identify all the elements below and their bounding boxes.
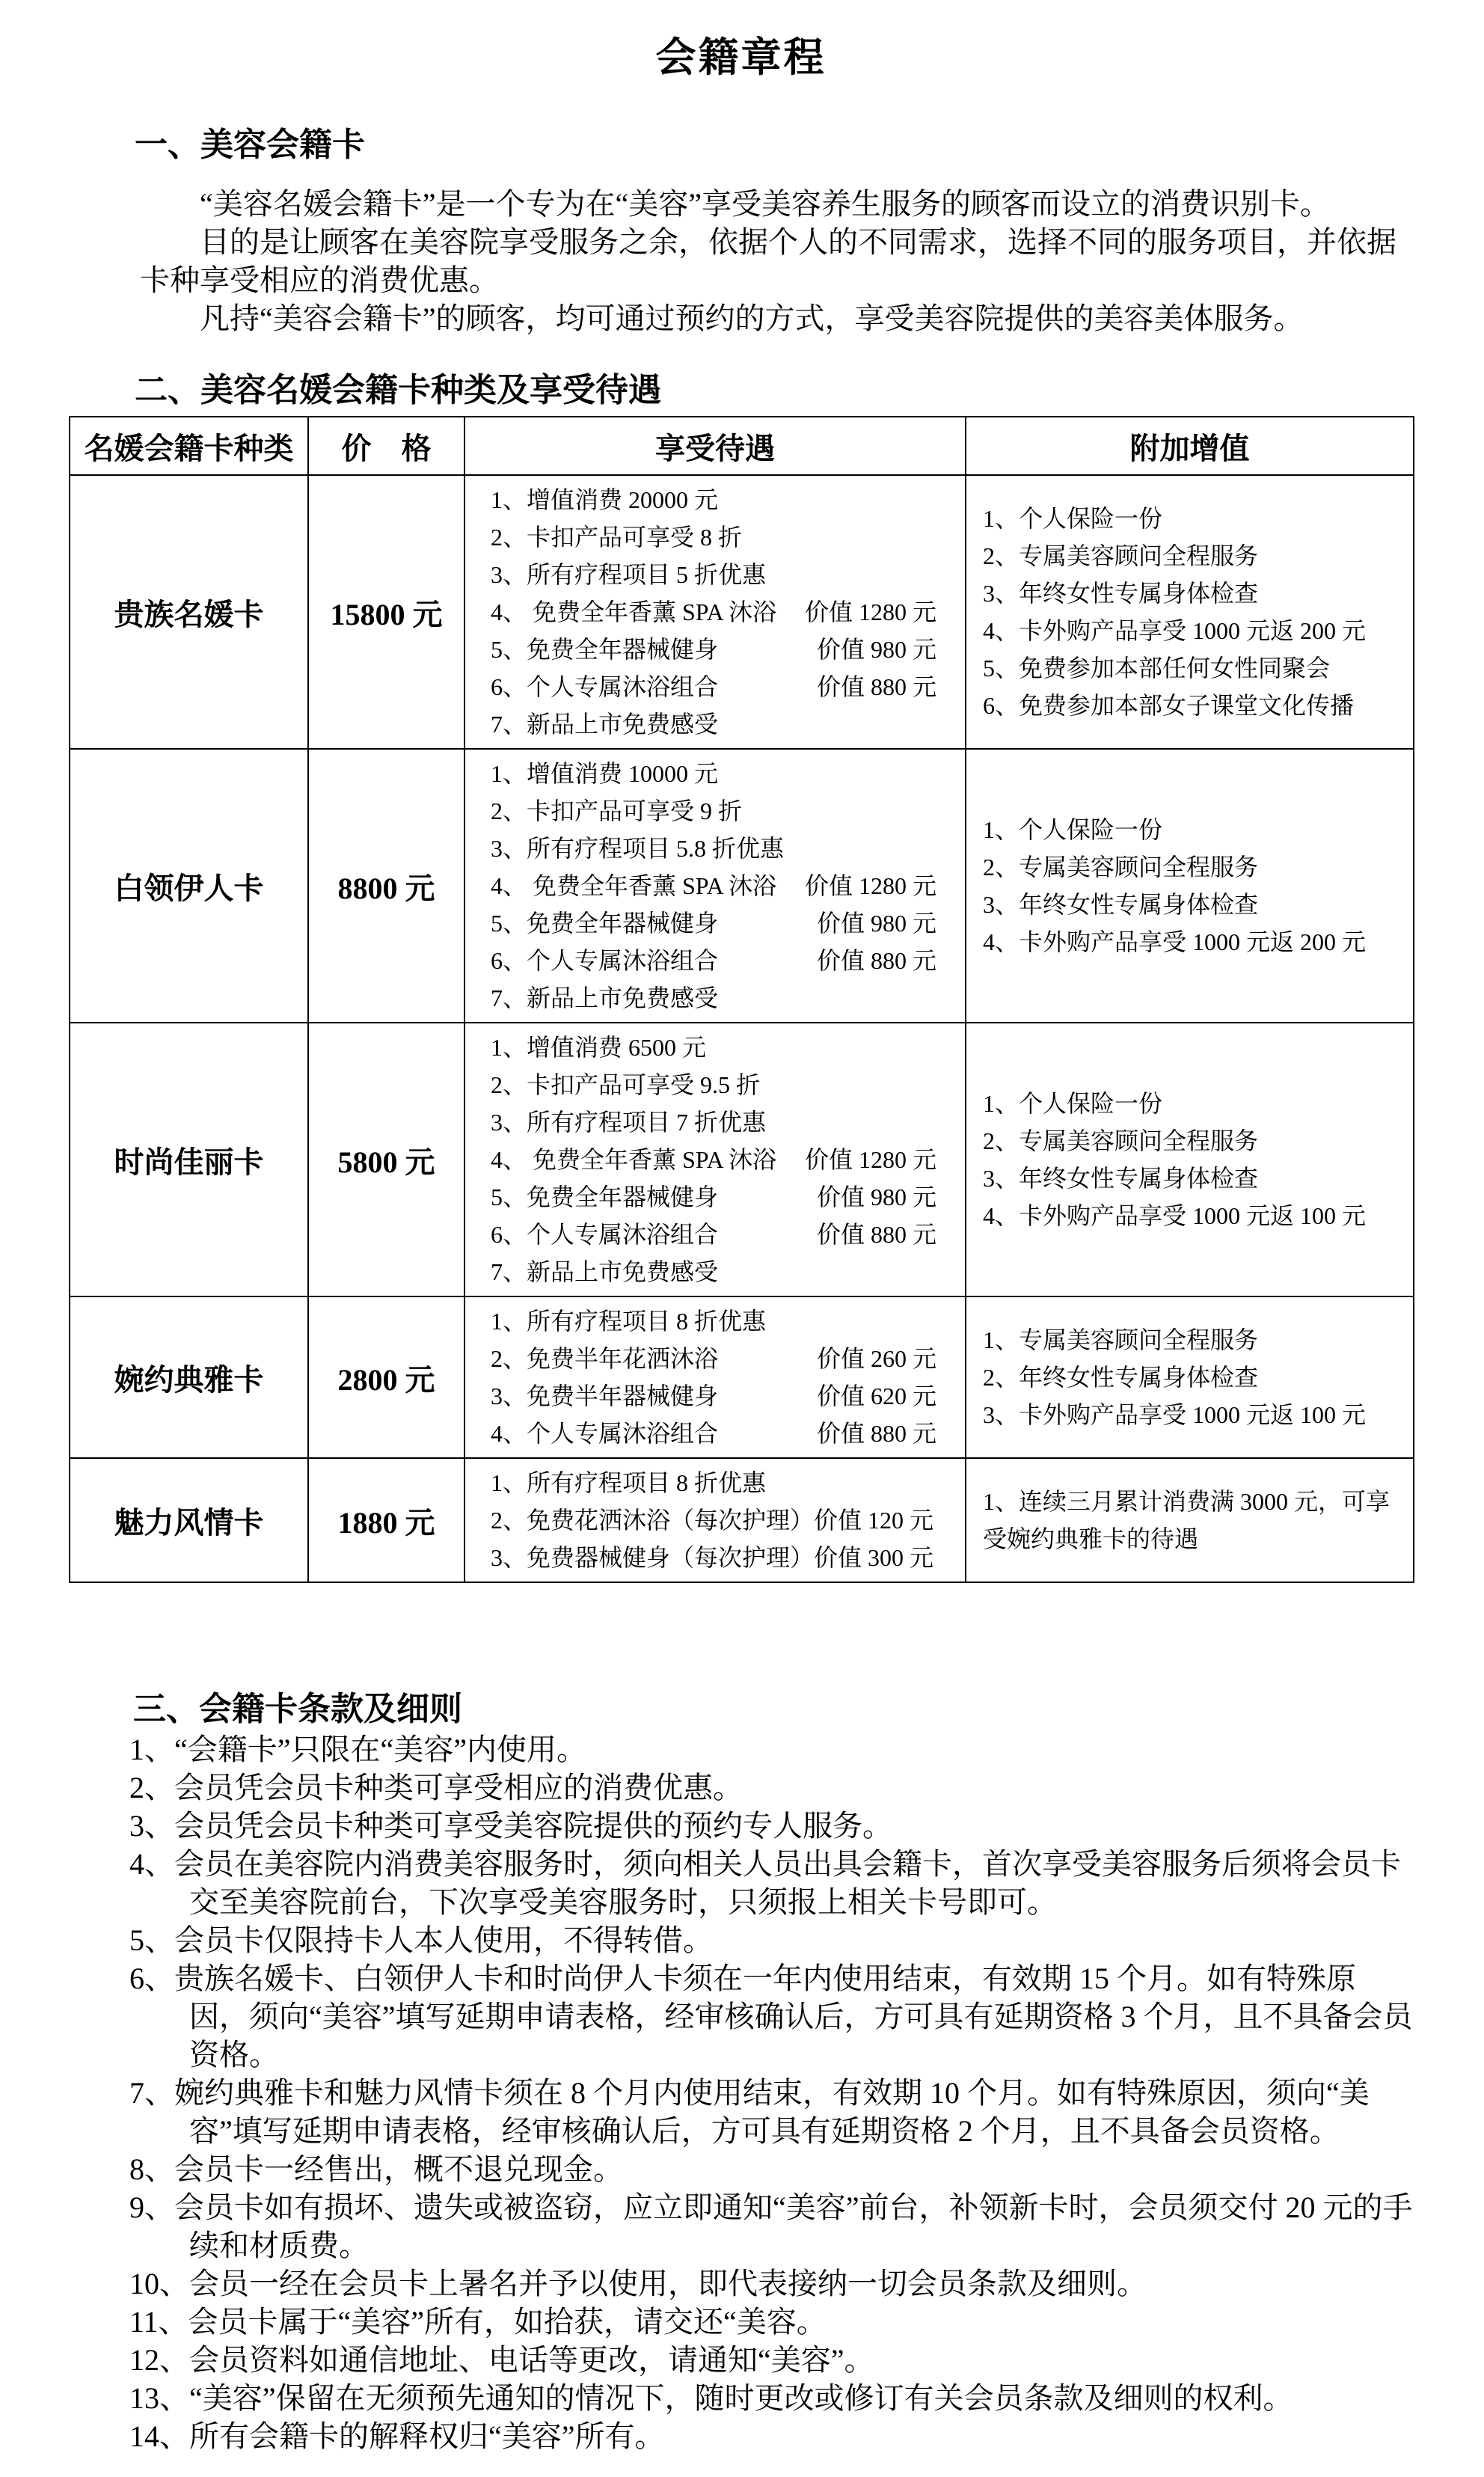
term-text: 会员在美容院内消费美容服务时，须向相关人员出具会籍卡，首次享受美容服务后须将会员…: [174, 1847, 1401, 1919]
benefit-text: 5、免费全年器械健身: [491, 904, 718, 942]
term-item: 12、会员资料如通信地址、电话等更改，请通知“美容”。: [129, 2341, 1413, 2379]
term-text: 会员卡仅限持卡人本人使用，不得转借。: [174, 1923, 713, 1957]
extra-item: 3、年终女性专属身体检查: [983, 886, 1402, 923]
card-type-cell: 婉约典雅卡: [70, 1296, 308, 1458]
benefit-item: 1、增值消费 10000 元: [491, 755, 936, 792]
table-row: 婉约典雅卡2800 元1、所有疗程项目 8 折优惠2、免费半年花洒沐浴价值 26…: [70, 1296, 1414, 1458]
benefit-item: 2、卡扣产品可享受 8 折: [491, 518, 936, 556]
benefit-item: 6、个人专属沐浴组合价值 880 元: [491, 942, 936, 979]
benefits-cell: 1、增值消费 6500 元2、卡扣产品可享受 9.5 折3、所有疗程项目 7 折…: [464, 1023, 966, 1296]
term-number: 13、: [129, 2381, 189, 2415]
term-number: 2、: [129, 1771, 174, 1804]
benefit-item: 2、卡扣产品可享受 9.5 折: [491, 1066, 936, 1103]
table-row: 白领伊人卡8800 元1、增值消费 10000 元2、卡扣产品可享受 9 折3、…: [70, 749, 1414, 1023]
extra-item: 5、免费参加本部任何女性同聚会: [983, 649, 1402, 687]
benefit-text: 7、新品上市免费感受: [491, 1253, 718, 1290]
membership-table-body: 贵族名媛卡15800 元1、增值消费 20000 元2、卡扣产品可享受 8 折3…: [70, 475, 1414, 1582]
benefit-item: 2、卡扣产品可享受 9 折: [491, 792, 936, 830]
benefit-item: 6、个人专属沐浴组合价值 880 元: [491, 668, 936, 705]
benefit-text: 6、个人专属沐浴组合: [491, 668, 718, 705]
paragraph: 凡持“美容会籍卡”的顾客，均可通过预约的方式，享受美容院提供的美容美体服务。: [140, 299, 1413, 337]
benefit-text: 3、所有疗程项目 7 折优惠: [491, 1103, 766, 1141]
benefit-item: 1、增值消费 20000 元: [491, 481, 936, 518]
term-item: 3、会员凭会员卡种类可享受美容院提供的预约专人服务。: [129, 1807, 1413, 1845]
price-cell: 2800 元: [308, 1296, 464, 1458]
table-row: 时尚佳丽卡5800 元1、增值消费 6500 元2、卡扣产品可享受 9.5 折3…: [70, 1023, 1414, 1296]
benefit-text: 2、免费花洒沐浴（每次护理）价值 120 元: [491, 1501, 933, 1539]
term-number: 4、: [129, 1847, 174, 1881]
card-type-cell: 时尚佳丽卡: [70, 1023, 308, 1296]
term-text: 会员资料如通信地址、电话等更改，请通知“美容”。: [189, 2343, 874, 2377]
benefit-item: 2、免费半年花洒沐浴价值 260 元: [491, 1340, 936, 1377]
benefit-item: 3、所有疗程项目 7 折优惠: [491, 1103, 936, 1141]
term-text: 会员凭会员卡种类可享受相应的消费优惠。: [174, 1771, 743, 1804]
term-item: 14、所有会籍卡的解释权归“美容”所有。: [129, 2417, 1413, 2455]
benefit-item: 5、免费全年器械健身价值 980 元: [491, 1178, 936, 1216]
section2-heading: 二、美容名媛会籍卡种类及享受待遇: [69, 369, 1413, 411]
benefit-text: 1、增值消费 6500 元: [491, 1029, 706, 1066]
term-number: 3、: [129, 1809, 174, 1843]
benefit-text: 3、免费器械健身（每次护理）价值 300 元: [491, 1539, 933, 1576]
paragraph: 目的是让顾客在美容院享受服务之余，依据个人的不同需求，选择不同的服务项目，并依据…: [140, 223, 1413, 299]
term-number: 14、: [129, 2419, 189, 2453]
extra-item: 4、卡外购产品享受 1000 元返 200 元: [983, 923, 1402, 961]
term-text: 贵族名媛卡、白领伊人卡和时尚伊人卡须在一年内使用结束，有效期 15 个月。如有特…: [174, 1962, 1413, 2072]
membership-table: 名媛会籍卡种类 价 格 享受待遇 附加增值 贵族名媛卡15800 元1、增值消费…: [69, 416, 1414, 1583]
benefit-text: 6、个人专属沐浴组合: [491, 942, 718, 979]
term-item: 10、会员一经在会员卡上暑名并予以使用，即代表接纳一切会员条款及细则。: [129, 2265, 1413, 2303]
benefit-item: 5、免费全年器械健身价值 980 元: [491, 631, 936, 668]
benefits-cell: 1、增值消费 20000 元2、卡扣产品可享受 8 折3、所有疗程项目 5 折优…: [464, 475, 966, 749]
benefit-text: 4、个人专属沐浴组合: [491, 1415, 718, 1452]
benefit-text: 4、 免费全年香薰 SPA 沐浴: [491, 867, 776, 904]
term-text: 婉约典雅卡和魅力风情卡须在 8 个月内使用结束，有效期 10 个月。如有特殊原因…: [174, 2076, 1370, 2148]
extras-cell: 1、个人保险一份2、专属美容顾问全程服务3、年终女性专属身体检查4、卡外购产品享…: [966, 475, 1414, 749]
benefit-value: 价值 880 元: [817, 1216, 936, 1253]
benefit-value: 价值 980 元: [817, 631, 936, 668]
benefit-value: 价值 880 元: [817, 668, 936, 705]
col-header-benefits: 享受待遇: [464, 417, 966, 475]
term-item: 7、婉约典雅卡和魅力风情卡须在 8 个月内使用结束，有效期 10 个月。如有特殊…: [129, 2074, 1413, 2150]
col-header-card-type: 名媛会籍卡种类: [70, 417, 308, 475]
term-number: 10、: [129, 2267, 189, 2300]
benefit-text: 1、增值消费 20000 元: [491, 481, 718, 518]
section3-heading: 三、会籍卡条款及细则: [69, 1688, 1413, 1730]
extra-item: 1、专属美容顾问全程服务: [983, 1321, 1402, 1359]
benefit-text: 2、卡扣产品可享受 9.5 折: [491, 1066, 760, 1103]
card-type-cell: 魅力风情卡: [70, 1458, 308, 1582]
extra-item: 3、卡外购产品享受 1000 元返 100 元: [983, 1396, 1402, 1433]
benefit-text: 2、卡扣产品可享受 9 折: [491, 792, 742, 830]
term-text: 会员一经在会员卡上暑名并予以使用，即代表接纳一切会员条款及细则。: [189, 2267, 1147, 2300]
table-row: 魅力风情卡1880 元1、所有疗程项目 8 折优惠2、免费花洒沐浴（每次护理）价…: [70, 1458, 1414, 1582]
price-cell: 8800 元: [308, 749, 464, 1023]
term-number: 11、: [129, 2305, 188, 2339]
benefit-text: 3、所有疗程项目 5 折优惠: [491, 556, 766, 593]
extra-item: 2、专属美容顾问全程服务: [983, 537, 1402, 575]
price-cell: 1880 元: [308, 1458, 464, 1582]
table-header-row: 名媛会籍卡种类 价 格 享受待遇 附加增值: [70, 417, 1414, 475]
benefit-text: 2、卡扣产品可享受 8 折: [491, 518, 742, 556]
extra-item: 1、个人保险一份: [983, 1085, 1402, 1122]
col-header-extras: 附加增值: [966, 417, 1414, 475]
term-item: 2、会员凭会员卡种类可享受相应的消费优惠。: [129, 1769, 1413, 1807]
extra-item: 3、年终女性专属身体检查: [983, 1160, 1402, 1197]
term-text: 会员卡属于“美容”所有，如拾获，请交还“美容。: [188, 2305, 827, 2339]
extra-item: 2、专属美容顾问全程服务: [983, 848, 1402, 886]
benefit-value: 价值 980 元: [817, 1178, 936, 1216]
price-cell: 15800 元: [308, 475, 464, 749]
benefits-cell: 1、增值消费 10000 元2、卡扣产品可享受 9 折3、所有疗程项目 5.8 …: [464, 749, 966, 1023]
benefit-text: 1、所有疗程项目 8 折优惠: [491, 1302, 766, 1340]
term-text: “美容”保留在无须预先通知的情况下，随时更改或修订有关会员条款及细则的权利。: [189, 2381, 1293, 2415]
benefit-value: 价值 880 元: [817, 1415, 936, 1452]
benefit-value: 价值 1280 元: [805, 867, 936, 904]
benefit-item: 7、新品上市免费感受: [491, 1253, 936, 1290]
benefit-item: 2、免费花洒沐浴（每次护理）价值 120 元: [491, 1501, 936, 1539]
term-text: “会籍卡”只限在“美容”内使用。: [174, 1733, 586, 1766]
benefit-value: 价值 980 元: [817, 904, 936, 942]
benefit-item: 3、免费器械健身（每次护理）价值 300 元: [491, 1539, 936, 1576]
document-page: 会籍章程 一、美容会籍卡 “美容名媛会籍卡”是一个专为在“美容”享受美容养生服务…: [0, 0, 1484, 2477]
benefit-item: 7、新品上市免费感受: [491, 979, 936, 1017]
benefit-text: 7、新品上市免费感受: [491, 979, 718, 1017]
terms-list: 1、“会籍卡”只限在“美容”内使用。2、会员凭会员卡种类可享受相应的消费优惠。3…: [69, 1730, 1413, 2455]
term-item: 1、“会籍卡”只限在“美容”内使用。: [129, 1730, 1413, 1769]
paragraph: “美容名媛会籍卡”是一个专为在“美容”享受美容养生服务的顾客而设立的消费识别卡。: [140, 185, 1413, 223]
benefit-item: 1、所有疗程项目 8 折优惠: [491, 1464, 936, 1501]
extra-item: 2、年终女性专属身体检查: [983, 1359, 1402, 1396]
benefit-text: 4、 免费全年香薰 SPA 沐浴: [491, 1141, 776, 1178]
term-text: 所有会籍卡的解释权归“美容”所有。: [189, 2419, 665, 2453]
benefit-value: 价值 880 元: [817, 942, 936, 979]
term-number: 12、: [129, 2343, 189, 2377]
term-number: 7、: [129, 2076, 174, 2110]
benefit-text: 2、免费半年花洒沐浴: [491, 1340, 718, 1377]
benefit-item: 5、免费全年器械健身价值 980 元: [491, 904, 936, 942]
card-type-cell: 白领伊人卡: [70, 749, 308, 1023]
benefit-text: 1、所有疗程项目 8 折优惠: [491, 1464, 766, 1501]
term-item: 6、贵族名媛卡、白领伊人卡和时尚伊人卡须在一年内使用结束，有效期 15 个月。如…: [129, 1959, 1413, 2074]
extra-item: 2、专属美容顾问全程服务: [983, 1122, 1402, 1160]
term-text: 会员卡如有损坏、遗失或被盗窃，应立即通知“美容”前台，补领新卡时，会员须交付 2…: [174, 2190, 1413, 2262]
benefit-item: 3、免费半年器械健身价值 620 元: [491, 1377, 936, 1415]
extra-item: 6、免费参加本部女子课堂文化传播: [983, 687, 1402, 724]
extras-cell: 1、个人保险一份2、专属美容顾问全程服务3、年终女性专属身体检查4、卡外购产品享…: [966, 1023, 1414, 1296]
benefit-item: 7、新品上市免费感受: [491, 705, 936, 743]
benefit-value: 价值 620 元: [817, 1377, 936, 1415]
section1-paragraphs: “美容名媛会籍卡”是一个专为在“美容”享受美容养生服务的顾客而设立的消费识别卡。…: [69, 185, 1413, 337]
term-text: 会员凭会员卡种类可享受美容院提供的预约专人服务。: [174, 1809, 892, 1843]
term-item: 13、“美容”保留在无须预先通知的情况下，随时更改或修订有关会员条款及细则的权利…: [129, 2379, 1413, 2417]
extra-item: 1、个人保险一份: [983, 811, 1402, 848]
extras-cell: 1、个人保险一份2、专属美容顾问全程服务3、年终女性专属身体检查4、卡外购产品享…: [966, 749, 1414, 1023]
extras-cell: 1、连续三月累计消费满 3000 元，可享受婉约典雅卡的待遇: [966, 1458, 1414, 1582]
term-item: 5、会员卡仅限持卡人本人使用，不得转借。: [129, 1921, 1413, 1959]
extra-item: 1、连续三月累计消费满 3000 元，可享受婉约典雅卡的待遇: [983, 1483, 1402, 1558]
benefit-item: 3、所有疗程项目 5 折优惠: [491, 556, 936, 593]
benefits-cell: 1、所有疗程项目 8 折优惠2、免费半年花洒沐浴价值 260 元3、免费半年器械…: [464, 1296, 966, 1458]
term-number: 8、: [129, 2152, 174, 2186]
benefit-value: 价值 1280 元: [805, 593, 936, 631]
benefit-text: 5、免费全年器械健身: [491, 1178, 718, 1216]
extra-item: 1、个人保险一份: [983, 500, 1402, 537]
extra-item: 4、卡外购产品享受 1000 元返 100 元: [983, 1197, 1402, 1234]
benefit-item: 4、 免费全年香薰 SPA 沐浴价值 1280 元: [491, 593, 936, 631]
benefit-item: 4、 免费全年香薰 SPA 沐浴价值 1280 元: [491, 867, 936, 904]
section1-heading: 一、美容会籍卡: [69, 123, 1413, 166]
benefit-text: 4、 免费全年香薰 SPA 沐浴: [491, 593, 776, 631]
benefit-value: 价值 1280 元: [805, 1141, 936, 1178]
term-item: 8、会员卡一经售出，概不退兑现金。: [129, 2150, 1413, 2188]
extras-cell: 1、专属美容顾问全程服务2、年终女性专属身体检查3、卡外购产品享受 1000 元…: [966, 1296, 1414, 1458]
card-type-cell: 贵族名媛卡: [70, 475, 308, 749]
benefits-cell: 1、所有疗程项目 8 折优惠2、免费花洒沐浴（每次护理）价值 120 元3、免费…: [464, 1458, 966, 1582]
benefit-item: 3、所有疗程项目 5.8 折优惠: [491, 830, 936, 867]
term-text: 会员卡一经售出，概不退兑现金。: [174, 2152, 623, 2186]
price-cell: 5800 元: [308, 1023, 464, 1296]
benefit-item: 1、增值消费 6500 元: [491, 1029, 936, 1066]
benefit-text: 1、增值消费 10000 元: [491, 755, 718, 792]
extra-item: 3、年终女性专属身体检查: [983, 575, 1402, 612]
benefit-text: 3、免费半年器械健身: [491, 1377, 718, 1415]
benefit-text: 3、所有疗程项目 5.8 折优惠: [491, 830, 784, 867]
term-item: 4、会员在美容院内消费美容服务时，须向相关人员出具会籍卡，首次享受美容服务后须将…: [129, 1845, 1413, 1921]
term-number: 9、: [129, 2190, 174, 2224]
benefit-text: 6、个人专属沐浴组合: [491, 1216, 718, 1253]
benefit-text: 7、新品上市免费感受: [491, 705, 718, 743]
term-number: 6、: [129, 1962, 174, 1995]
benefit-value: 价值 260 元: [817, 1340, 936, 1377]
benefit-item: 4、个人专属沐浴组合价值 880 元: [491, 1415, 936, 1452]
term-item: 9、会员卡如有损坏、遗失或被盗窃，应立即通知“美容”前台，补领新卡时，会员须交付…: [129, 2188, 1413, 2265]
benefit-text: 5、免费全年器械健身: [491, 631, 718, 668]
term-item: 11、会员卡属于“美容”所有，如拾获，请交还“美容。: [129, 2303, 1413, 2341]
benefit-item: 6、个人专属沐浴组合价值 880 元: [491, 1216, 936, 1253]
table-row: 贵族名媛卡15800 元1、增值消费 20000 元2、卡扣产品可享受 8 折3…: [70, 475, 1414, 749]
benefit-item: 1、所有疗程项目 8 折优惠: [491, 1302, 936, 1340]
col-header-price: 价 格: [308, 417, 464, 475]
page-title: 会籍章程: [69, 34, 1413, 82]
benefit-item: 4、 免费全年香薰 SPA 沐浴价值 1280 元: [491, 1141, 936, 1178]
term-number: 1、: [129, 1733, 174, 1766]
term-number: 5、: [129, 1923, 174, 1957]
extra-item: 4、卡外购产品享受 1000 元返 200 元: [983, 612, 1402, 649]
